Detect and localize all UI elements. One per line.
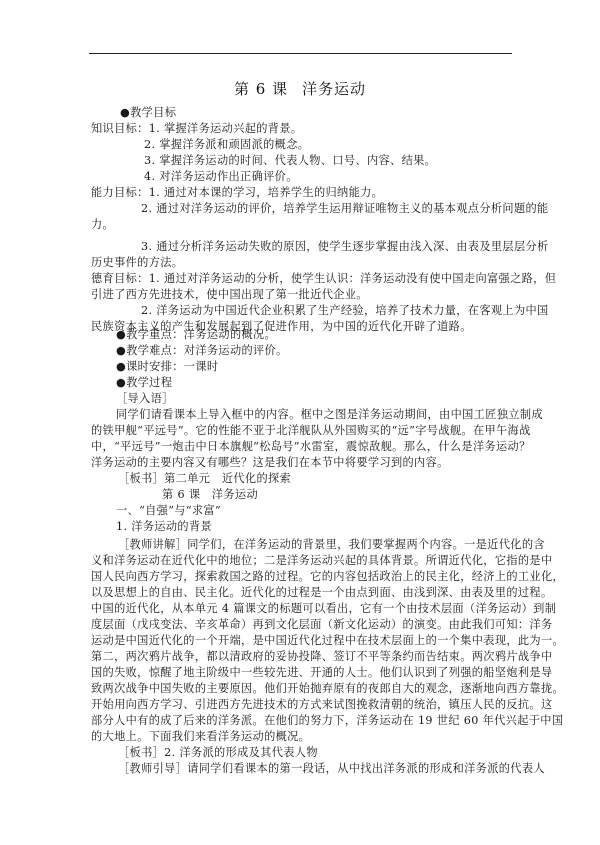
text-line: 的大地上。下面我们来看洋务运动的概况。 <box>91 730 511 744</box>
text-line: ［板书］第二单元 近代化的探索 <box>118 472 511 486</box>
text-line: 中，“平远号”一炮击中日本旗舰“松岛号”水雷室，震惊敌舰。那么，什么是洋务运动？ <box>91 440 511 454</box>
text-line: ［教师引导］请同学们看课本的第一段话，从中找出洋务派的形成和洋务派的代表人 <box>118 762 511 776</box>
text-line: 致两次战争中国失败的主要原因。他们开始抛弃原有的夜郎自大的观念，逐渐地向西方靠拢… <box>91 682 511 696</box>
text-line: 德育目标：1. 通过对洋务运动的分析，使学生认识：洋务运动没有使中国走向富强之路… <box>91 272 511 286</box>
text-line: 中国的近代化，从本单元 4 篇课文的标题可以看出，它有一个由技术层面（洋务运动）… <box>91 602 511 616</box>
text-line: 第二，两次鸦片战争，都以清政府的妥协投降、签订不平等条约而告结束。两次鸦片战争中 <box>91 650 511 664</box>
text-line: ●课时安排：一课时 <box>116 360 511 374</box>
text-line: 能力目标：1. 通过对本课的学习，培养学生的归纳能力。 <box>91 186 511 200</box>
text-line: 国人民向西方学习，探索救国之路的过程。它的内容包括政治上的民主化，经济上的工业化… <box>91 570 511 584</box>
text-line: ［教师讲解］同学们，在洋务运动的背景里，我们要掌握两个内容。一是近代化的含 <box>118 538 511 552</box>
text-line: 义和洋务运动在近代化中的地位；二是洋务运动兴起的具体背景。所谓近代化，它指的是中 <box>91 554 511 568</box>
text-line: 一、“自强”与“求富” <box>116 504 511 518</box>
text-line: 度层面（戊戌变法、辛亥革命）再到文化层面（新文化运动）的演变。由此我们可知：洋务 <box>91 618 511 632</box>
text-line: 2. 通过对洋务运动的评价，培养学生运用辩证唯物主义的基本观点分析问题的能 <box>141 202 511 216</box>
text-line: 力。 <box>91 218 511 232</box>
text-line: 洋务运动的主要内容又有哪些？这是我们在本节中将要学习到的内容。 <box>91 456 511 470</box>
text-line: 历史事件的方法。 <box>91 256 511 270</box>
text-line: ●教学重点：洋务运动的概况。 <box>116 328 511 342</box>
title-lesson: 第 6 课 <box>234 80 288 98</box>
text-line: 3. 通过分析洋务运动失败的原因，使学生逐步掌握由浅入深、由表及里层层分析 <box>141 240 511 254</box>
text-line: 知识目标：1. 掌握洋务运动兴起的背景。 <box>91 122 511 136</box>
title-topic: 洋务运动 <box>302 80 366 98</box>
header-rule <box>89 53 512 54</box>
text-line: 开始用向西方学习、引进西方先进技术的方式来试图挽救清朝的统治，镇压人民的反抗。这 <box>91 698 511 712</box>
text-line: 1. 洋务运动的背景 <box>116 520 511 534</box>
text-line: ［导入语］ <box>116 392 511 406</box>
page-title: 第 6 课洋务运动 <box>0 78 600 99</box>
text-line: 4. 对洋务运动作出正确评价。 <box>144 170 511 184</box>
text-line: 部分人中有的成了后来的洋务派。在他们的努力下，洋务运动在 19 世纪 60 年代… <box>91 714 511 728</box>
text-line: 引进了西方先进技术，使中国出现了第一批近代企业。 <box>91 288 511 302</box>
text-line: 3. 掌握洋务运动的时间、代表人物、口号、内容、结果。 <box>144 154 511 168</box>
text-line: 国的失败，惊醒了地主阶级中一些较先进、开通的人士。他们认识到了列强的船坚炮利是导 <box>91 666 511 680</box>
text-line: 运动是中国近代化的一个开端，是中国近代化过程中在技术层面上的一个集中表现，此为一… <box>91 634 511 648</box>
text-line: 2. 洋务运动为中国近代企业积累了生产经验，培养了技术力量，在客观上为中国 <box>141 304 511 318</box>
text-line: 以及思想上的自由、民主化。近代化的过程是一个由点到面、由浅到深、由表及里的过程。 <box>91 586 511 600</box>
text-line: 第 6 课 洋务运动 <box>162 488 511 502</box>
text-line: 2. 掌握洋务派和顽固派的概念。 <box>144 138 511 152</box>
text-line: ●教学目标 <box>120 106 511 120</box>
text-line: 同学们请看课本上导入框中的内容。框中之图是洋务运动期间，由中国工匠独立制成 <box>116 408 511 422</box>
text-line: ［板书］2. 洋务派的形成及其代表人物 <box>118 746 511 760</box>
text-line: 的铁甲舰“平远号”。它的性能不亚于北洋舰队从外国购买的“远”字号战舰。在甲午海战 <box>91 424 511 438</box>
text-line: ●教学难点：对洋务运动的评价。 <box>116 344 511 358</box>
text-line: ●教学过程 <box>116 376 511 390</box>
